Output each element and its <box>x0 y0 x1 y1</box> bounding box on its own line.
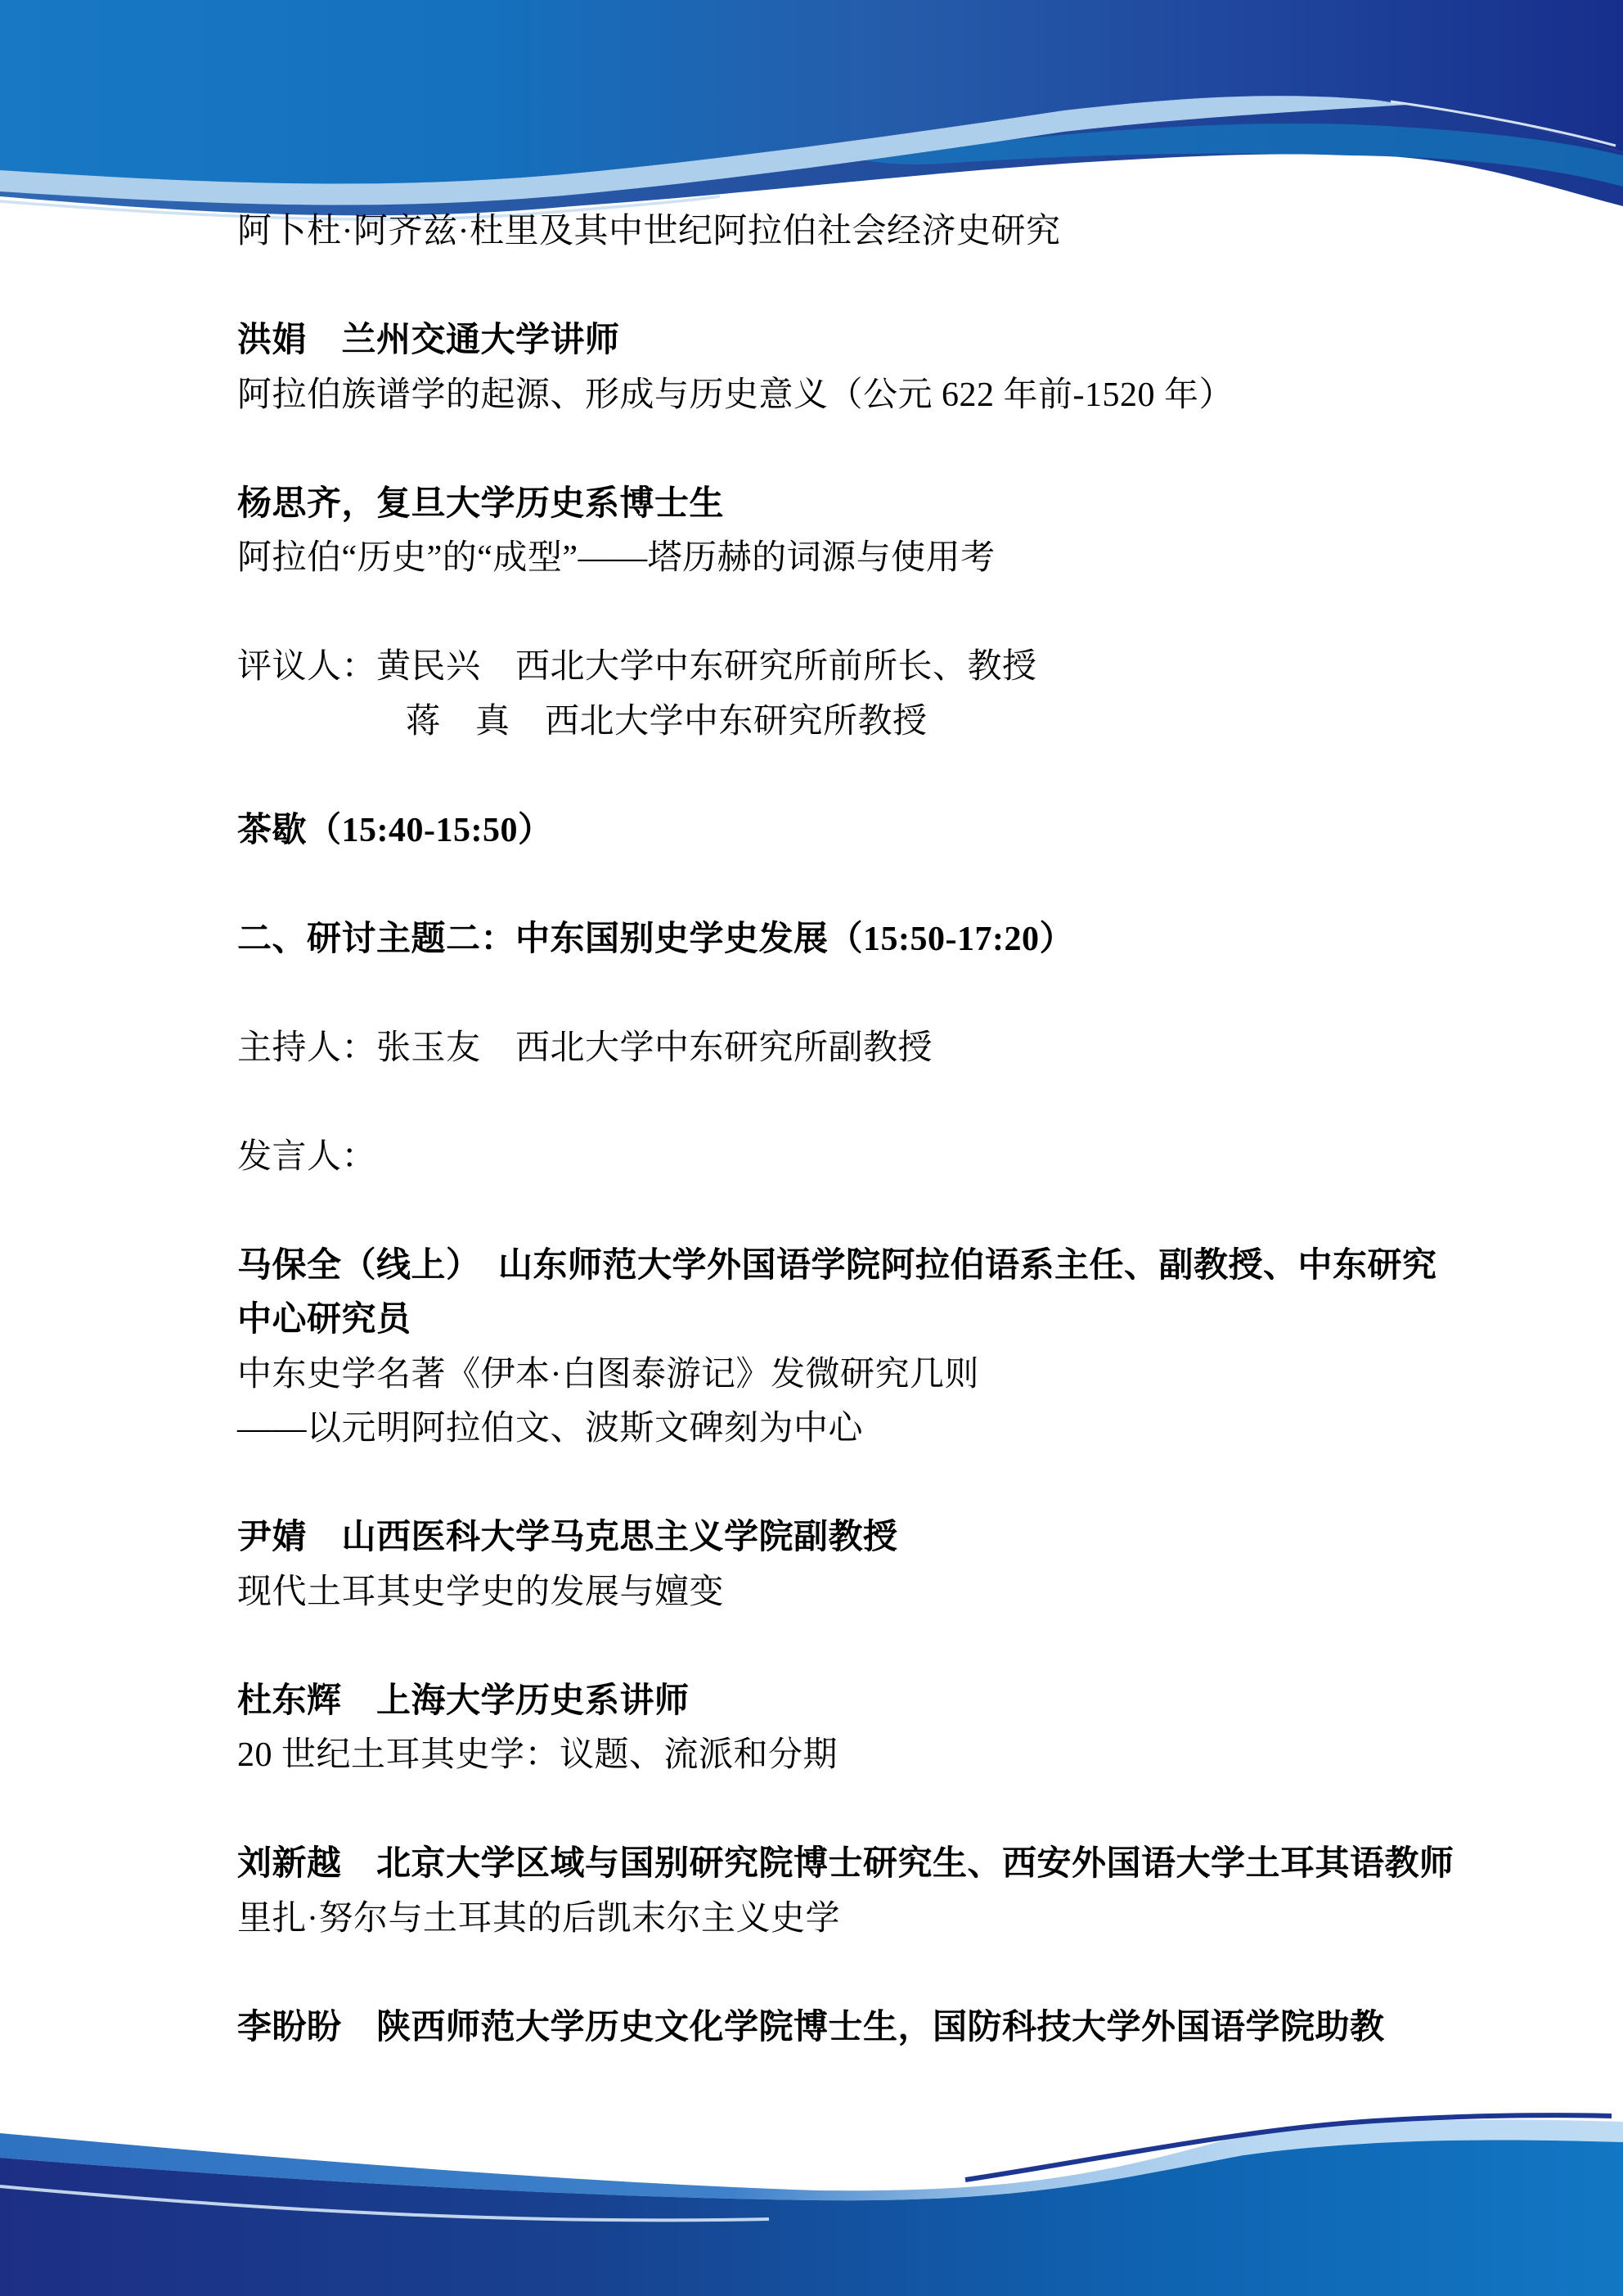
paragraph: 评议人：黄民兴 西北大学中东研究所前所长、教授蒋 真 西北大学中东研究所教授 <box>237 640 1432 749</box>
paragraph: 杜东辉 上海大学历史系讲师20 世纪土耳其史学：议题、流派和分期 <box>237 1674 1432 1783</box>
text-line: 杨思齐，复旦大学历史系博士生 <box>237 477 1432 532</box>
paragraph: 刘新越 北京大学区域与国别研究院博士研究生、西安外国语大学土耳其语教师里扎·努尔… <box>237 1837 1432 1946</box>
text-line: 茶歇（15:40-15:50） <box>237 804 1432 858</box>
paragraph: 马保全（线上） 山东师范大学外国语学院阿拉伯语系主任、副教授、中东研究中心研究员… <box>237 1239 1432 1456</box>
paragraph: 发言人： <box>237 1130 1432 1185</box>
text-line: 20 世纪土耳其史学：议题、流派和分期 <box>237 1728 1432 1783</box>
text-line: 刘新越 北京大学区域与国别研究院博士研究生、西安外国语大学土耳其语教师 <box>237 1837 1432 1892</box>
paragraph: 二、研讨主题二：中东国别史学史发展（15:50-17:20） <box>237 912 1432 967</box>
text-line: 中心研究员 <box>237 1293 1432 1348</box>
text-line: 二、研讨主题二：中东国别史学史发展（15:50-17:20） <box>237 912 1432 967</box>
text-line: 阿拉伯族谱学的起源、形成与历史意义（公元 622 年前-1520 年） <box>237 368 1432 423</box>
document-content: 阿卜杜·阿齐兹·杜里及其中世纪阿拉伯社会经济史研究洪娟 兰州交通大学讲师阿拉伯族… <box>237 205 1432 2055</box>
text-line: 中东史学名著《伊本·白图泰游记》发微研究几则 <box>237 1348 1432 1402</box>
text-line: ——以元明阿拉伯文、波斯文碑刻为中心 <box>237 1402 1432 1456</box>
paragraph: 杨思齐，复旦大学历史系博士生阿拉伯“历史”的“成型”——塔历赫的词源与使用考 <box>237 477 1432 586</box>
text-line: 洪娟 兰州交通大学讲师 <box>237 313 1432 368</box>
paragraph: 尹婧 山西医科大学马克思主义学院副教授现代土耳其史学史的发展与嬗变 <box>237 1510 1432 1619</box>
text-line: 蒋 真 西北大学中东研究所教授 <box>406 695 1432 750</box>
text-line: 里扎·努尔与土耳其的后凯末尔主义史学 <box>237 1892 1432 1947</box>
text-line: 尹婧 山西医科大学马克思主义学院副教授 <box>237 1510 1432 1565</box>
text-line: 杜东辉 上海大学历史系讲师 <box>237 1674 1432 1729</box>
paragraph: 洪娟 兰州交通大学讲师阿拉伯族谱学的起源、形成与历史意义（公元 622 年前-1… <box>237 313 1432 422</box>
text-line: 阿拉伯“历史”的“成型”——塔历赫的词源与使用考 <box>237 531 1432 586</box>
text-line: 主持人：张玉友 西北大学中东研究所副教授 <box>237 1021 1432 1076</box>
text-line: 评议人：黄民兴 西北大学中东研究所前所长、教授 <box>237 640 1432 695</box>
footer-wave-graphic <box>0 1969 1623 2296</box>
document-page: 阿卜杜·阿齐兹·杜里及其中世纪阿拉伯社会经济史研究洪娟 兰州交通大学讲师阿拉伯族… <box>0 0 1623 2296</box>
paragraph: 茶歇（15:40-15:50） <box>237 804 1432 858</box>
text-line: 现代土耳其史学史的发展与嬗变 <box>237 1565 1432 1620</box>
text-line: 马保全（线上） 山东师范大学外国语学院阿拉伯语系主任、副教授、中东研究 <box>237 1239 1432 1294</box>
paragraph: 阿卜杜·阿齐兹·杜里及其中世纪阿拉伯社会经济史研究 <box>237 205 1432 259</box>
text-line: 发言人： <box>237 1130 1432 1185</box>
text-line: 阿卜杜·阿齐兹·杜里及其中世纪阿拉伯社会经济史研究 <box>237 205 1432 259</box>
paragraph: 主持人：张玉友 西北大学中东研究所副教授 <box>237 1021 1432 1076</box>
